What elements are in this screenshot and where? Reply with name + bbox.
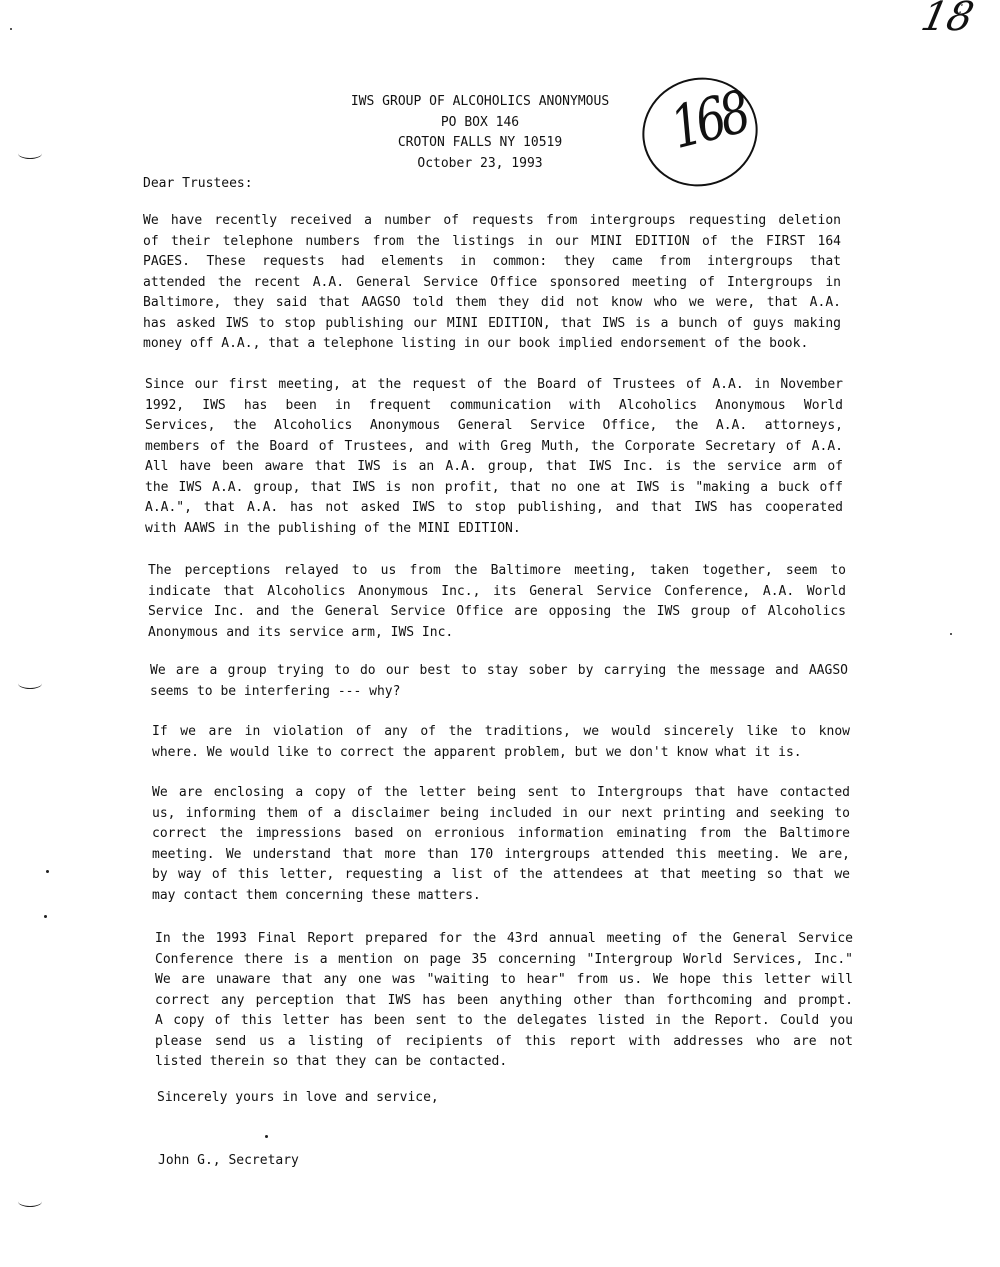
text-line: The perceptions relayed to us from the B… — [148, 561, 846, 582]
scan-speck — [46, 870, 49, 873]
scan-speck — [44, 915, 47, 918]
text-line: indicate that Alcoholics Anonymous Inc.,… — [148, 582, 846, 603]
signature: John G., Secretary — [158, 1153, 299, 1168]
text-line: Service Inc. and the General Service Off… — [148, 602, 846, 623]
text-line: has asked IWS to stop publishing our MIN… — [143, 314, 841, 335]
text-line: PAGES. These requests had elements in co… — [143, 252, 841, 273]
scan-speck — [265, 1135, 268, 1138]
address-line-1: PO BOX 146 — [320, 113, 640, 134]
corner-specks: ⁚ — [958, 2, 962, 16]
binder-hole-mark — [18, 148, 42, 159]
salutation: Dear Trustees: — [143, 176, 253, 191]
text-line: We are unaware that any one was "waiting… — [155, 970, 853, 991]
paragraph-7: In the 1993 Final Report prepared for th… — [155, 929, 853, 1073]
letter-date: October 23, 1993 — [320, 154, 640, 175]
text-line: where. We would like to correct the appa… — [152, 743, 850, 764]
address-line-2: CROTON FALLS NY 10519 — [320, 133, 640, 154]
text-line: Conference there is a mention on page 35… — [155, 950, 853, 971]
paragraph-4: We are a group trying to do our best to … — [150, 661, 848, 702]
text-line: Services, the Alcoholics Anonymous Gener… — [145, 416, 843, 437]
paragraph-6: We are enclosing a copy of the letter be… — [152, 783, 850, 906]
text-line: 1992, IWS has been in frequent communica… — [145, 396, 843, 417]
paragraph-1: We have recently received a number of re… — [143, 211, 841, 355]
text-line: In the 1993 Final Report prepared for th… — [155, 929, 853, 950]
text-line: We are enclosing a copy of the letter be… — [152, 783, 850, 804]
text-line: Since our first meeting, at the request … — [145, 375, 843, 396]
text-line: by way of this letter, requesting a list… — [152, 865, 850, 886]
text-line: may contact them concerning these matter… — [152, 886, 850, 907]
paragraph-2: Since our first meeting, at the request … — [145, 375, 843, 539]
text-line: Anonymous and its service arm, IWS Inc. — [148, 623, 846, 644]
text-line: money off A.A., that a telephone listing… — [143, 334, 841, 355]
text-line: All have been aware that IWS is an A.A. … — [145, 457, 843, 478]
text-line: please send us a listing of recipients o… — [155, 1032, 853, 1053]
text-line: the IWS A.A. group, that IWS is non prof… — [145, 478, 843, 499]
organization-name: IWS GROUP OF ALCOHOLICS ANONYMOUS — [320, 92, 640, 113]
scan-speck — [10, 28, 12, 30]
text-line: of their telephone numbers from the list… — [143, 232, 841, 253]
handwritten-page-number: 18 — [917, 0, 978, 40]
text-line: correct any perception that IWS has been… — [155, 991, 853, 1012]
scan-speck — [950, 633, 952, 635]
closing: Sincerely yours in love and service, — [157, 1090, 439, 1105]
paragraph-3: The perceptions relayed to us from the B… — [148, 561, 846, 643]
text-line: We have recently received a number of re… — [143, 211, 841, 232]
text-line: If we are in violation of any of the tra… — [152, 722, 850, 743]
text-line: with AAWS in the publishing of the MINI … — [145, 519, 843, 540]
paragraph-5: If we are in violation of any of the tra… — [152, 722, 850, 763]
text-line: correct the impressions based on erronio… — [152, 824, 850, 845]
text-line: We are a group trying to do our best to … — [150, 661, 848, 682]
text-line: attended the recent A.A. General Service… — [143, 273, 841, 294]
text-line: members of the Board of Trustees, and wi… — [145, 437, 843, 458]
text-line: seems to be interfering --- why? — [150, 682, 848, 703]
text-line: meeting. We understand that more than 17… — [152, 845, 850, 866]
text-line: us, informing them of a disclaimer being… — [152, 804, 850, 825]
text-line: A.A.", that A.A. has not asked IWS to st… — [145, 498, 843, 519]
text-line: listed therein so that they can be conta… — [155, 1052, 853, 1073]
text-line: Baltimore, they said that AAGSO told the… — [143, 293, 841, 314]
binder-hole-mark — [18, 678, 42, 689]
text-line: A copy of this letter has been sent to t… — [155, 1011, 853, 1032]
letter-page: 18 ⁚ 168 IWS GROUP OF ALCOHOLICS ANONYMO… — [0, 0, 1000, 1267]
binder-hole-mark — [18, 1196, 42, 1207]
letterhead: IWS GROUP OF ALCOHOLICS ANONYMOUS PO BOX… — [320, 92, 640, 174]
